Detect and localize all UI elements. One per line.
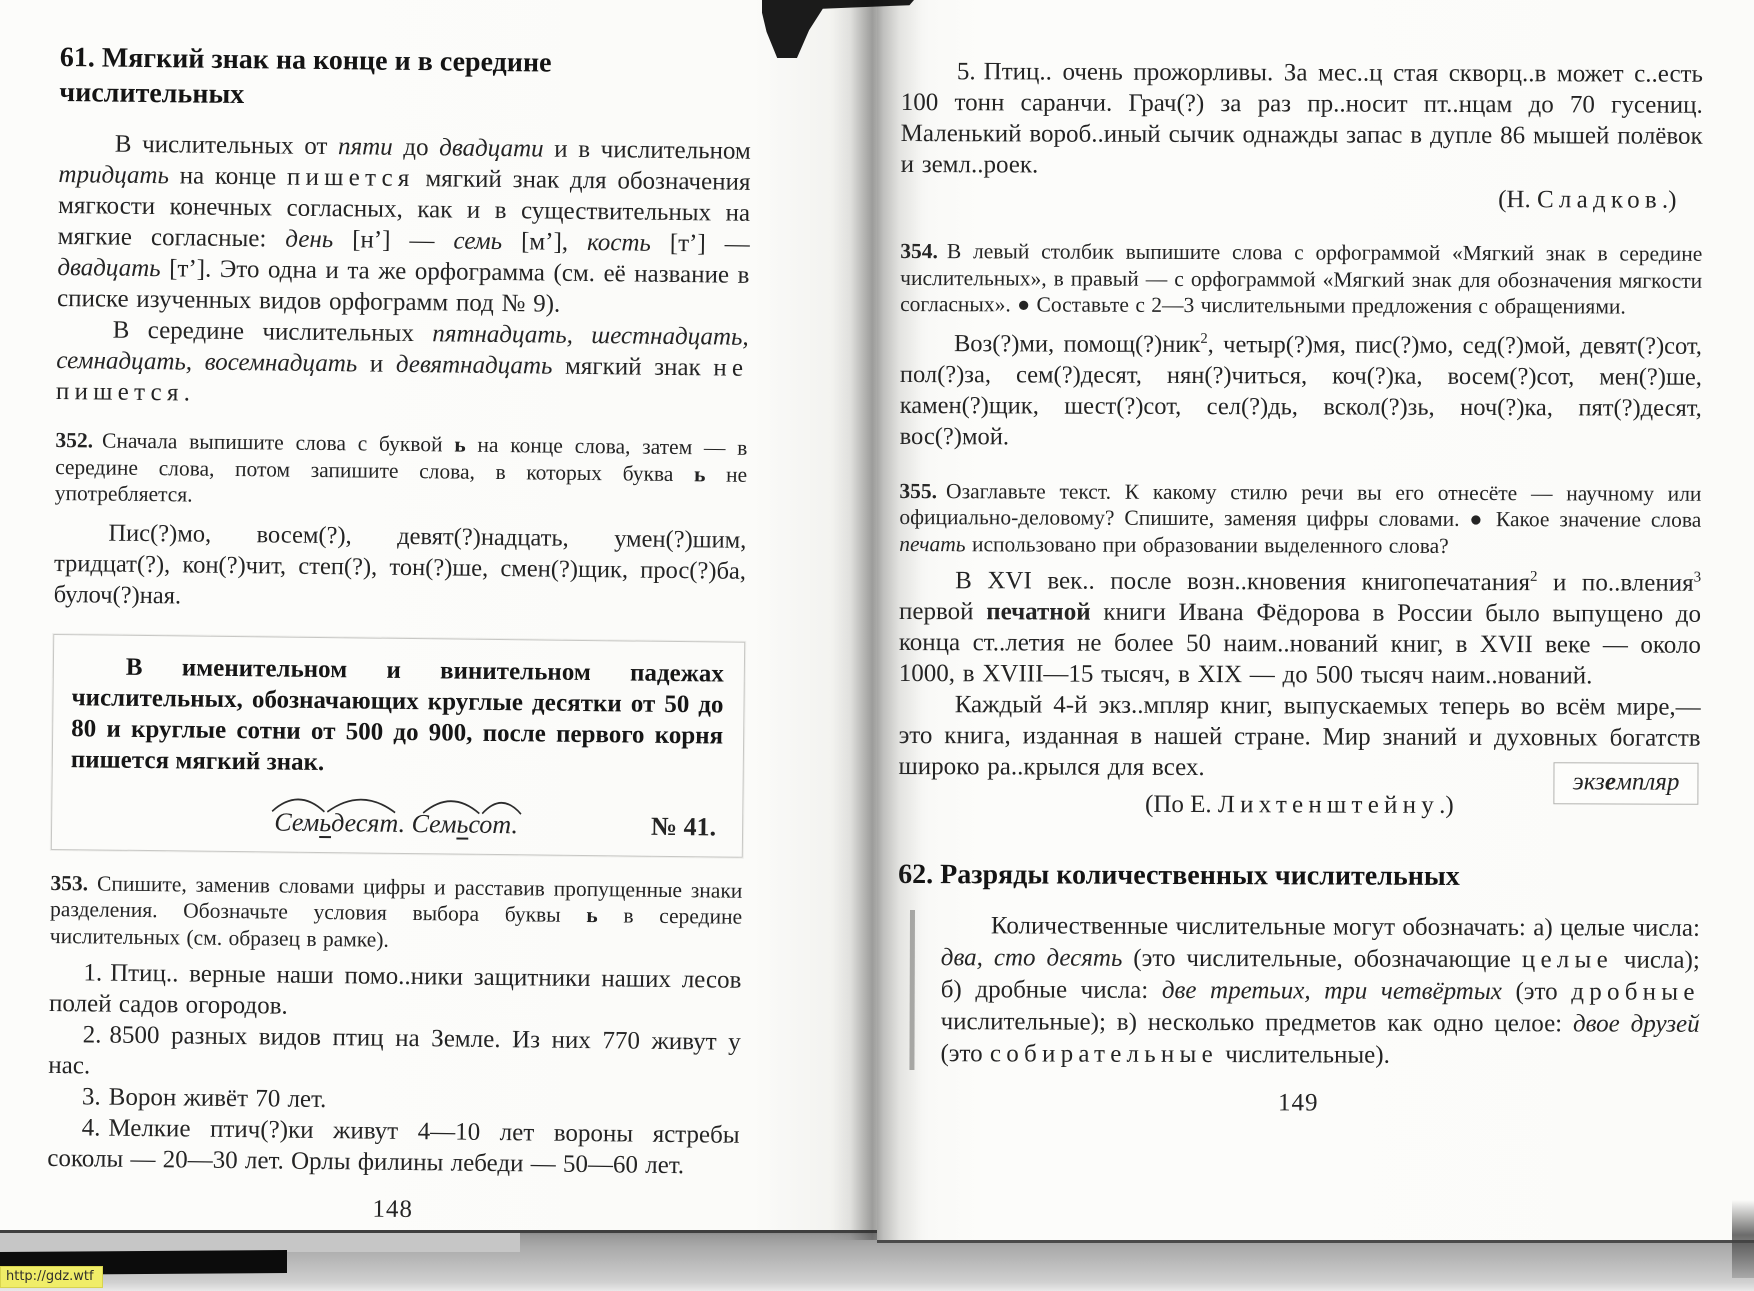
right-edge-smudge <box>1732 1200 1754 1278</box>
item-number: 2. <box>83 1021 102 1048</box>
exercise-item-5: 5.Птиц.. очень прожорливы. За мес..ц ста… <box>901 56 1703 183</box>
exercise-354-words: Воз(?)ми, помощ(?)ник2, четыр(?)мя, пис(… <box>900 327 1702 454</box>
exercise-352-task: 352.Сначала выпишите слова с буквой ь на… <box>55 427 748 514</box>
list-item-4: 4.Мелкие птич(?)ки живут 4—10 лет вороны… <box>47 1112 740 1182</box>
item-number: 4. <box>82 1114 101 1141</box>
exercise-353-number: 353. <box>50 870 88 894</box>
exercise-354-task-text: В левый столбик выпишите слова с орфогра… <box>900 239 1702 318</box>
section-62-heading: 62. Разряды количественных числительных <box>898 858 1700 895</box>
morpheme-root-arcs-icon <box>268 791 524 816</box>
left-page: 61. Мягкий знак на конце и в середине чи… <box>0 0 877 1233</box>
book-scan: 61. Мягкий знак на конце и в середине чи… <box>0 0 1754 1291</box>
list-item-2: 2.8500 разных видов птиц на Земле. Из ни… <box>48 1019 741 1089</box>
rule-62-paragraph: Количественные числительные могут обозна… <box>909 910 1700 1073</box>
exercise-352-words: Пис(?)мо, восем(?), девят(?)надцать, уме… <box>54 516 747 617</box>
attribution-sladkov: (Н. Сладков.) <box>900 184 1702 215</box>
example-words: Семьдесят. Семьсот. <box>274 799 518 840</box>
left-page-content: 61. Мягкий знак на конце и в середине чи… <box>47 40 752 1228</box>
exercise-355-task-text: Озаглавьте текст. К какому стилю речи вы… <box>899 479 1701 558</box>
exercise-353-task: 353.Спишите, заменив словами цифры и рас… <box>50 869 743 956</box>
list-item-1: 1.Птиц.. верные наши помо..ники защитник… <box>49 957 742 1027</box>
rule-box-example-line: Семьдесят. Семьсот. № 41. <box>70 797 722 844</box>
item-text: 8500 разных видов птиц на Земле. Из них … <box>48 1022 741 1080</box>
attribution-block: экземпляр (По Е. Лихтенштейну.) <box>898 790 1700 821</box>
status-url-chip: http://gdz.wtf <box>0 1266 103 1288</box>
intro-paragraph: В числительных от пяти до двадцати и в ч… <box>57 128 751 322</box>
exercise-355-number: 355. <box>899 478 937 502</box>
item-number: 5. <box>957 58 976 85</box>
scanner-bed-light-strip <box>0 1232 520 1252</box>
exercise-354-task: 354.В левый столбик выпишите слова с орф… <box>900 238 1702 320</box>
vocabulary-word: экземпляр <box>1573 768 1680 795</box>
item-text: Мелкие птич(?)ки живут 4—10 лет вороны я… <box>47 1115 740 1180</box>
section-61-heading: 61. Мягкий знак на конце и в середине чи… <box>59 40 708 117</box>
page-number-149: 149 <box>897 1088 1699 1119</box>
text-paragraph-1: В XVI век.. после возн..кновения книгопе… <box>899 565 1701 692</box>
rule-frame-box: В именительном и винительном падежах чис… <box>51 633 745 857</box>
right-page: 5.Птиц.. очень прожорливы. За мес..ц ста… <box>877 0 1754 1243</box>
item-number: 1. <box>83 959 102 986</box>
exercise-355-task: 355.Озаглавьте текст. К какому стилю реч… <box>899 477 1701 559</box>
exercise-353-items: 1.Птиц.. верные наши помо..ники защитник… <box>47 957 741 1182</box>
page-number-148: 148 <box>47 1192 739 1228</box>
rule-box-text: В именительном и винительном падежах чис… <box>71 651 724 782</box>
item-text: Птиц.. очень прожорливы. За мес..ц стая … <box>901 58 1703 178</box>
item-number: 3. <box>82 1083 101 1110</box>
exercise-352-number: 352. <box>55 428 93 452</box>
exercise-354-number: 354. <box>900 239 938 263</box>
orthogram-number-ref: № 41. <box>651 811 716 842</box>
right-page-content: 5.Птиц.. очень прожорливы. За мес..ц ста… <box>897 50 1703 1119</box>
vocabulary-word-box: экземпляр <box>1554 762 1699 805</box>
softsign-middle-paragraph: В середине числительных пятнадцать, шест… <box>56 314 749 415</box>
item-text: Ворон живёт 70 лет. <box>109 1084 327 1113</box>
exercise-352-task-text: Сначала выпишите слова с буквой ь на кон… <box>55 429 748 507</box>
exercise-353-task-text: Спишите, заменив словами цифры и расстав… <box>50 871 743 951</box>
item-text: Птиц.. верные наши помо..ники защитники … <box>49 960 742 1020</box>
